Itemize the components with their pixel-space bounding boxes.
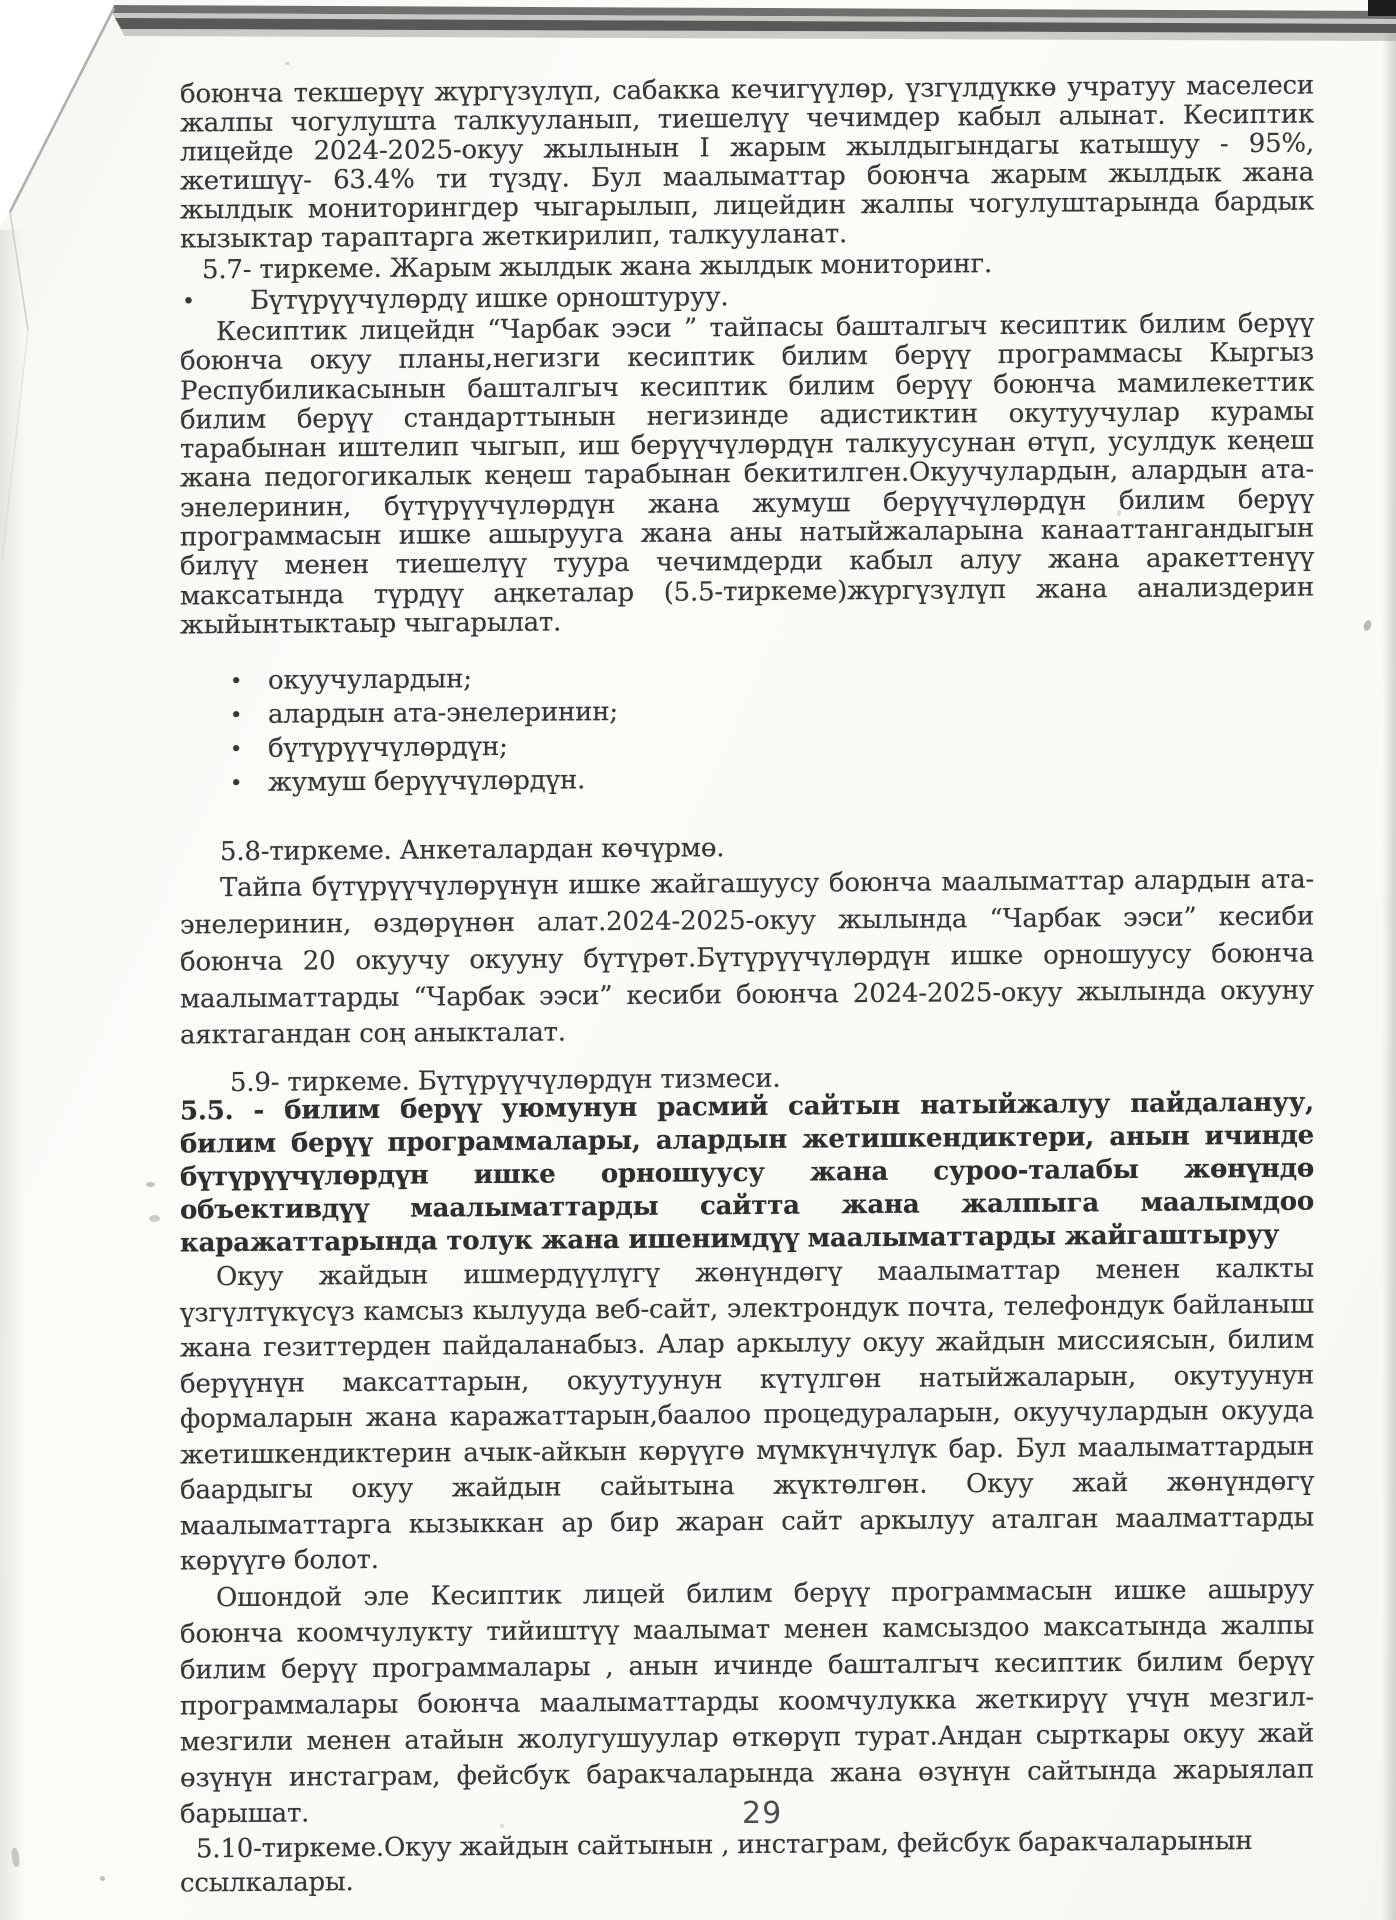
speck (146, 1182, 155, 1187)
speck (149, 1215, 160, 1222)
paragraph-graduates: Тайпа бүтүрүүчүлөрүнүн ишке жайгашуусу б… (180, 862, 1314, 1055)
page-number: 29 (742, 1796, 782, 1831)
list-item-text: алардын ата-энелеринин; (268, 697, 618, 730)
paragraph-curriculum: Кесиптик лицейдн “Чарбак ээси ” тайпасы … (180, 310, 1314, 641)
paragraph-website-info: Окуу жайдын ишмердүүлүгү жөнүндөгү маалы… (180, 1252, 1314, 1580)
speck (285, 62, 290, 65)
survey-target-list: • окуучулардын; • алардын ата-энелеринин… (180, 656, 1314, 801)
bullet-icon: • (230, 664, 242, 698)
page-edge-line-mid (10, 212, 28, 330)
scan-corner-block (1368, 0, 1396, 16)
bullet-icon: • (230, 766, 242, 800)
bullet-icon: • (182, 285, 195, 318)
list-item-text: окуучулардын; (268, 664, 472, 696)
page-corner-fold (0, 0, 114, 228)
bullet-icon: • (230, 698, 242, 732)
page-edge-line-low (2, 330, 28, 560)
list-item-text: бүтүрүүчүлөрдүн; (268, 732, 508, 764)
document-text-block: боюнча текшерүү жүргүзүлүп, сабакка кечи… (180, 72, 1314, 1901)
paragraph-public-meetings: Ошондой эле Кесиптик лицей билим берүү п… (180, 1571, 1314, 1832)
paragraph-monitoring: боюнча текшерүү жүргүзүлүп, сабакка кечи… (180, 72, 1314, 255)
speck (100, 1876, 105, 1881)
bullet-line-text: Бүтүрүүчүлөрдү ишке орноштуруу. (250, 282, 728, 316)
list-item-text: жумуш берүүчүлөрдүн. (268, 766, 585, 798)
bullet-icon: • (230, 732, 242, 766)
appendix-5-10-line: 5.10-тиркеме.Окуу жайдын сайтынын , инст… (180, 1823, 1314, 1900)
heading-5-5: 5.5. - билим берүү уюмунун расмий сайтын… (180, 1087, 1314, 1261)
